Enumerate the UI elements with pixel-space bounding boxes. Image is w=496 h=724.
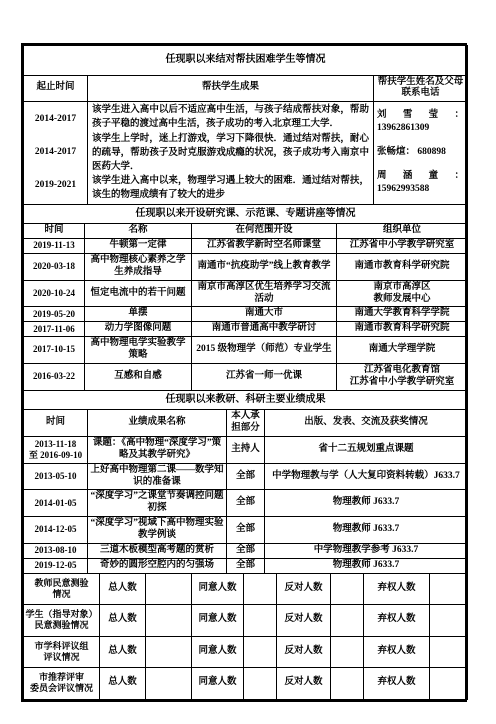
- abstain-count-label: 弃权人数: [364, 668, 430, 700]
- contact-phone: 13962861309: [377, 122, 464, 135]
- table-row: 2019-12-05 奇妙的圆形空腔内的匀强场 全部 物理教师 J633.7: [24, 558, 468, 573]
- table-row: 2020-10-24 恒定电流中的若干问题 南京市高淳区优生培养学习交流活动 南…: [24, 280, 468, 307]
- contact-phone: 15962993588: [377, 183, 464, 196]
- section3-header-award: 出版、发表、交流及获奖情况: [265, 410, 468, 437]
- session-name-cell: 动力学图像问题: [85, 322, 192, 337]
- table-row: 教师民意测验 情况 总人数 同意人数 反对人数 弃权人数: [24, 573, 468, 605]
- result-award-cell: 物理教师 J633.7: [265, 558, 468, 573]
- survey-row-label: 市推荐评审 委员会评议情况: [24, 668, 100, 700]
- contact-cell: 刘雪莹： 13962861309 张畅煊： 680898 周涵童： 159629…: [374, 102, 468, 204]
- total-count-label: 总人数: [100, 636, 146, 668]
- session-scope-cell: 2015 级物理学（师范）专业学生: [192, 337, 337, 364]
- result-name-cell: “深度学习”之课堂节奏调控问题初探: [88, 490, 227, 517]
- agree-count-value: [244, 605, 277, 637]
- achievement-cell: 该学生进入高中以后不适应高中生活，与孩子结成帮扶对象，帮助孩子平稳的渡过高中生活…: [88, 102, 374, 204]
- section1-title: 任现职以来结对帮扶困难学生等情况: [24, 46, 468, 76]
- research-achievements-section: 任现职以来教研、科研主要业绩成果 时间 业绩成果名称 本人承担部分 出版、发表、…: [23, 390, 468, 574]
- session-name-cell: 恒定电流中的若干问题: [85, 280, 192, 307]
- achievement-text: 该学生进入高中以后不适应高中生活，与孩子结成帮扶对象，帮助孩子平稳的渡过高中生活…: [92, 103, 369, 131]
- total-count-value: [146, 573, 192, 605]
- oppose-count-value: [331, 605, 364, 637]
- result-name-cell: 课题：《高中物理“深度学习”策略及其教学研究》: [88, 436, 227, 463]
- period-entry: 2014-2017: [26, 147, 85, 159]
- total-count-value: [146, 605, 192, 637]
- oppose-count-label: 反对人数: [277, 605, 331, 637]
- session-scope-cell: 南通大市: [192, 307, 337, 322]
- result-part-cell: 主持人: [227, 436, 265, 463]
- achievement-text: 该学生进入高中以来，物理学习遇上较大的困难．通过结对帮扶，该生的物理成绩有了较大…: [92, 174, 369, 202]
- table-row: 2019-05-20 单摆 南通大市 南通大学教育科学学院: [24, 307, 468, 322]
- survey-row-label: 市学科评议组 评议情况: [24, 636, 100, 668]
- result-date-cell: 2013-05-10: [24, 463, 88, 490]
- evaluation-form-table: 任现职以来结对帮扶困难学生等情况 起止时间 帮扶学生成果 帮扶学生姓名及父母联系…: [21, 43, 467, 702]
- section1-header-period: 起止时间: [24, 75, 88, 102]
- result-name-cell: “深度学习”视域下高中物理实验教学例谈: [88, 517, 227, 544]
- session-org-cell: 江苏省电化教育馆 江苏省中小学教学研究室: [337, 363, 468, 390]
- session-scope-cell: 江苏省教学新时空名师课堂: [192, 239, 337, 254]
- table-row: 市推荐评审 委员会评议情况 总人数 同意人数 反对人数 弃权人数: [24, 668, 468, 700]
- agree-count-value: [244, 636, 277, 668]
- table-row: 2020-03-18 高中物理核心素养之学生养成指导 南通市“抗疫助学”线上教育…: [24, 253, 468, 280]
- table-row: 2013-08-10 三道木板模型高考题的赏析 全部 中学物理教学参考 J633…: [24, 543, 468, 558]
- contact-entry: 张畅煊： 680898: [376, 146, 465, 159]
- agree-count-label: 同意人数: [192, 668, 244, 700]
- agree-count-label: 同意人数: [192, 573, 244, 605]
- lectures-section: 任现职以来开设研究课、示范课、专题讲座等情况 时间 名称 在何范围开设 组织单位…: [23, 204, 468, 391]
- table-row: 2013-11-18 至 2016-09-10 课题：《高中物理“深度学习”策略…: [24, 436, 468, 463]
- abstain-count-label: 弃权人数: [364, 573, 430, 605]
- session-org-cell: 江苏省中小学教学研究室: [337, 239, 468, 254]
- session-scope-cell: 南通市普通高中教学研讨: [192, 322, 337, 337]
- session-scope-cell: 南通市“抗疫助学”线上教育教学: [192, 253, 337, 280]
- opinion-survey-section: 教师民意测验 情况 总人数 同意人数 反对人数 弃权人数 学生（指导对象） 民意…: [23, 573, 468, 700]
- session-name-cell: 高中物理核心素养之学生养成指导: [85, 253, 192, 280]
- contact-entry: 刘雪莹： 13962861309: [376, 109, 465, 135]
- session-scope-cell: 南京市高淳区优生培养学习交流活动: [192, 280, 337, 307]
- table-row: 市学科评议组 评议情况 总人数 同意人数 反对人数 弃权人数: [24, 636, 468, 668]
- session-date-cell: 2017-11-06: [24, 322, 85, 337]
- survey-row-label: 学生（指导对象） 民意测验情况: [24, 605, 100, 637]
- table-row: 学生（指导对象） 民意测验情况 总人数 同意人数 反对人数 弃权人数: [24, 605, 468, 637]
- abstain-count-label: 弃权人数: [364, 636, 430, 668]
- result-part-cell: 全部: [227, 490, 265, 517]
- contact-name: 刘雪莹：: [377, 109, 464, 122]
- agree-count-value: [244, 668, 277, 700]
- result-award-cell: 中学物理教学参考 J633.7: [265, 543, 468, 558]
- result-award-cell: 省十二五规划重点课题: [265, 436, 468, 463]
- result-date-cell: 2013-11-18 至 2016-09-10: [24, 436, 88, 463]
- section1-header-contact: 帮扶学生姓名及父母联系电话: [374, 75, 468, 102]
- section2-header-scope: 在何范围开设: [192, 224, 337, 239]
- session-name-cell: 单摆: [85, 307, 192, 322]
- contact-entry: 周涵童： 15962993588: [376, 170, 465, 196]
- session-date-cell: 2017-10-15: [24, 337, 85, 364]
- result-award-cell: 物理教师 J633.7: [265, 490, 468, 517]
- table-row: 2019-11-13 牛顿第一定律 江苏省教学新时空名师课堂 江苏省中小学教学研…: [24, 239, 468, 254]
- result-date-cell: 2019-12-05: [24, 558, 88, 573]
- survey-row-label: 教师民意测验 情况: [24, 573, 100, 605]
- total-count-label: 总人数: [100, 668, 146, 700]
- result-date-cell: 2014-12-05: [24, 517, 88, 544]
- oppose-count-value: [331, 668, 364, 700]
- section1-header-achievement: 帮扶学生成果: [88, 75, 374, 102]
- agree-count-label: 同意人数: [192, 636, 244, 668]
- result-part-cell: 全部: [227, 558, 265, 573]
- section3-header-date: 时间: [24, 410, 88, 437]
- section2-header-name: 名称: [85, 224, 192, 239]
- section3-title: 任现职以来教研、科研主要业绩成果: [24, 390, 468, 410]
- period-entry: 2019-2021: [26, 180, 85, 192]
- table-row: 2017-10-15 高中物理电学实验教学策略 2015 级物理学（师范）专业学…: [24, 337, 468, 364]
- achievement-text: 该学生上学时，迷上打游戏，学习下降很快．通过结对帮扶，耐心的疏导，帮助孩子及时克…: [92, 132, 369, 175]
- session-date-cell: 2019-05-20: [24, 307, 85, 322]
- table-row: 2014-01-05 “深度学习”之课堂节奏调控问题初探 全部 物理教师 J63…: [24, 490, 468, 517]
- section2-header-date: 时间: [24, 224, 85, 239]
- table-row: 2017-11-06 动力学图像问题 南通市普通高中教学研讨 南通市教育科学研究…: [24, 322, 468, 337]
- result-part-cell: 全部: [227, 517, 265, 544]
- agree-count-label: 同意人数: [192, 605, 244, 637]
- period-entry: 2014-2017: [26, 114, 85, 126]
- table-row: 2013-05-10 上好高中物理第二课——数学知识的准备课 全部 中学物理教与…: [24, 463, 468, 490]
- result-part-cell: 全部: [227, 543, 265, 558]
- session-org-cell: 南京市高淳区 教师发展中心: [337, 280, 468, 307]
- session-name-cell: 牛顿第一定律: [85, 239, 192, 254]
- total-count-label: 总人数: [100, 573, 146, 605]
- abstain-count-value: [430, 636, 468, 668]
- result-name-cell: 三道木板模型高考题的赏析: [88, 543, 227, 558]
- oppose-count-label: 反对人数: [277, 573, 331, 605]
- section2-header-org: 组织单位: [337, 224, 468, 239]
- contact-name: 周涵童：: [377, 170, 464, 183]
- result-award-cell: 物理教师 J633.7: [265, 517, 468, 544]
- agree-count-value: [244, 573, 277, 605]
- session-org-cell: 南通大学理学院: [337, 337, 468, 364]
- section2-title: 任现职以来开设研究课、示范课、专题讲座等情况: [24, 204, 468, 224]
- total-count-value: [146, 668, 192, 700]
- session-date-cell: 2020-03-18: [24, 253, 85, 280]
- session-org-cell: 南通市教育科学研究院: [337, 322, 468, 337]
- oppose-count-label: 反对人数: [277, 668, 331, 700]
- result-award-cell: 中学物理教与学（人大复印资料转载）J633.7: [265, 463, 468, 490]
- oppose-count-value: [331, 636, 364, 668]
- abstain-count-label: 弃权人数: [364, 605, 430, 637]
- oppose-count-value: [331, 573, 364, 605]
- table-row: 2016-03-22 互感和自感 江苏省一师一优课 江苏省电化教育馆 江苏省中小…: [24, 363, 468, 390]
- teacher-evaluation-form-page: 任现职以来结对帮扶困难学生等情况 起止时间 帮扶学生成果 帮扶学生姓名及父母联系…: [0, 0, 496, 724]
- table-row: 2014-12-05 “深度学习”视域下高中物理实验教学例谈 全部 物理教师 J…: [24, 517, 468, 544]
- result-part-cell: 全部: [227, 463, 265, 490]
- section3-header-name: 业绩成果名称: [88, 410, 227, 437]
- session-org-cell: 南通大学教育科学学院: [337, 307, 468, 322]
- session-org-cell: 南通市教育科学研究院: [337, 253, 468, 280]
- abstain-count-value: [430, 668, 468, 700]
- result-name-cell: 上好高中物理第二课——数学知识的准备课: [88, 463, 227, 490]
- result-date-cell: 2013-08-10: [24, 543, 88, 558]
- total-count-value: [146, 636, 192, 668]
- period-cell: 2014-2017 2014-2017 2019-2021: [24, 102, 88, 204]
- abstain-count-value: [430, 573, 468, 605]
- abstain-count-value: [430, 605, 468, 637]
- session-scope-cell: 江苏省一师一优课: [192, 363, 337, 390]
- session-date-cell: 2020-10-24: [24, 280, 85, 307]
- session-name-cell: 高中物理电学实验教学策略: [85, 337, 192, 364]
- section3-header-part: 本人承担部分: [227, 410, 265, 437]
- result-date-cell: 2014-01-05: [24, 490, 88, 517]
- session-date-cell: 2019-11-13: [24, 239, 85, 254]
- session-date-cell: 2016-03-22: [24, 363, 85, 390]
- result-name-cell: 奇妙的圆形空腔内的匀强场: [88, 558, 227, 573]
- session-name-cell: 互感和自感: [85, 363, 192, 390]
- contact-name: 张畅煊：: [377, 147, 415, 157]
- contact-phone: 680898: [417, 147, 446, 157]
- oppose-count-label: 反对人数: [277, 636, 331, 668]
- pairing-assistance-section: 任现职以来结对帮扶困难学生等情况 起止时间 帮扶学生成果 帮扶学生姓名及父母联系…: [23, 45, 468, 205]
- total-count-label: 总人数: [100, 605, 146, 637]
